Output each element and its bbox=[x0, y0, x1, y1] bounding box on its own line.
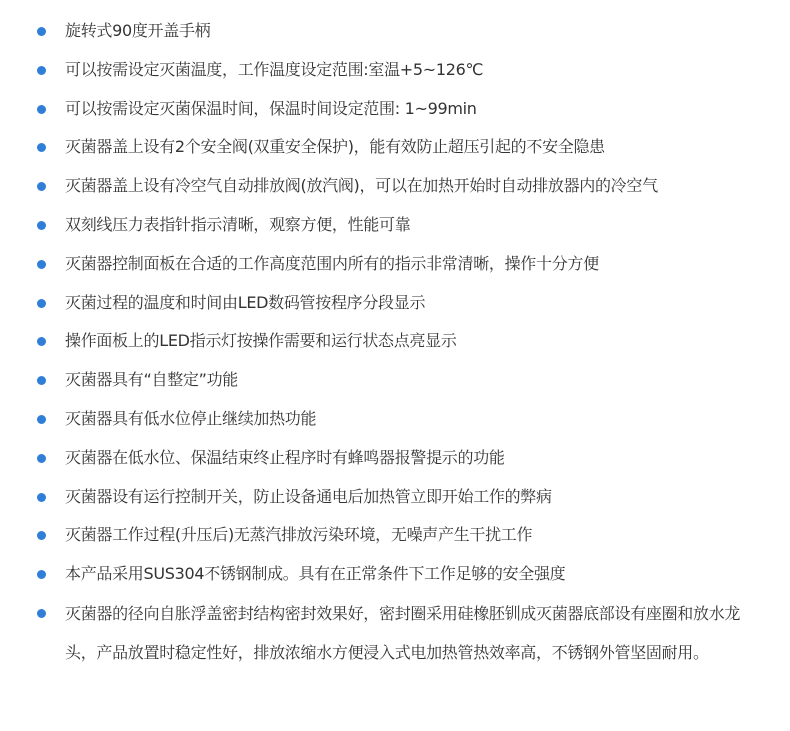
feature-item: 灭菌器具有“自整定”功能 bbox=[0, 361, 790, 400]
bullet-dot-icon bbox=[37, 609, 46, 618]
feature-item: 可以按需设定灭菌温度，工作温度设定范围:室温+5~126℃ bbox=[0, 51, 790, 90]
feature-item: 灭菌器盖上设有冷空气自动排放阀(放汽阀)，可以在加热开始时自动排放器内的冷空气 bbox=[0, 167, 790, 206]
feature-item: 灭菌器具有低水位停止继续加热功能 bbox=[0, 400, 790, 439]
bullet-dot-icon bbox=[37, 221, 46, 230]
bullet-dot-icon bbox=[37, 454, 46, 463]
feature-item: 灭菌器控制面板在合适的工作高度范围内所有的指示非常清晰，操作十分方便 bbox=[0, 245, 790, 284]
feature-item: 本产品采用SUS304不锈钢制成。具有在正常条件下工作足够的安全强度 bbox=[0, 555, 790, 594]
feature-text: 灭菌器的径向自胀浮盖密封结构密封效果好，密封圈采用硅橡胚钏成灭菌器底部设有座圈和… bbox=[65, 594, 760, 672]
feature-text: 灭菌器设有运行控制开关，防止设备通电后加热管立即开始工作的弊病 bbox=[65, 478, 760, 517]
feature-text: 双刻线压力表指针指示清晰，观察方便，性能可靠 bbox=[65, 206, 760, 245]
feature-item: 灭菌器盖上设有2个安全阀(双重安全保护)，能有效防止超压引起的不安全隐患 bbox=[0, 128, 790, 167]
feature-text: 灭菌器控制面板在合适的工作高度范围内所有的指示非常清晰，操作十分方便 bbox=[65, 245, 760, 284]
bullet-dot-icon bbox=[37, 337, 46, 346]
bullet-dot-icon bbox=[37, 105, 46, 114]
feature-text: 可以按需设定灭菌温度，工作温度设定范围:室温+5~126℃ bbox=[65, 51, 760, 90]
bullet-dot-icon bbox=[37, 260, 46, 269]
feature-text: 操作面板上的LED指示灯按操作需要和运行状态点亮显示 bbox=[65, 322, 760, 361]
feature-text: 灭菌器具有低水位停止继续加热功能 bbox=[65, 400, 760, 439]
bullet-dot-icon bbox=[37, 27, 46, 36]
feature-text: 灭菌器具有“自整定”功能 bbox=[65, 361, 760, 400]
feature-item: 灭菌器设有运行控制开关，防止设备通电后加热管立即开始工作的弊病 bbox=[0, 478, 790, 517]
feature-item: 灭菌器工作过程(升压后)无蒸汽排放污染环境，无噪声产生干扰工作 bbox=[0, 516, 790, 555]
feature-item: 灭菌器的径向自胀浮盖密封结构密封效果好，密封圈采用硅橡胚钏成灭菌器底部设有座圈和… bbox=[0, 594, 790, 672]
feature-item: 旋转式90度开盖手柄 bbox=[0, 12, 790, 51]
feature-item: 双刻线压力表指针指示清晰，观察方便，性能可靠 bbox=[0, 206, 790, 245]
feature-item: 可以按需设定灭菌保温时间，保温时间设定范围: 1~99min bbox=[0, 90, 790, 129]
bullet-dot-icon bbox=[37, 493, 46, 502]
bullet-dot-icon bbox=[37, 143, 46, 152]
feature-item: 灭菌器在低水位、保温结束终止程序时有蜂鸣器报警提示的功能 bbox=[0, 439, 790, 478]
feature-text: 灭菌器盖上设有2个安全阀(双重安全保护)，能有效防止超压引起的不安全隐患 bbox=[65, 128, 760, 167]
feature-text: 旋转式90度开盖手柄 bbox=[65, 12, 760, 51]
feature-item: 操作面板上的LED指示灯按操作需要和运行状态点亮显示 bbox=[0, 322, 790, 361]
feature-text: 灭菌器盖上设有冷空气自动排放阀(放汽阀)，可以在加热开始时自动排放器内的冷空气 bbox=[65, 167, 760, 206]
bullet-dot-icon bbox=[37, 570, 46, 579]
feature-item: 灭菌过程的温度和时间由LED数码管按程序分段显示 bbox=[0, 284, 790, 323]
feature-text: 本产品采用SUS304不锈钢制成。具有在正常条件下工作足够的安全强度 bbox=[65, 555, 760, 594]
feature-text: 可以按需设定灭菌保温时间，保温时间设定范围: 1~99min bbox=[65, 90, 760, 129]
bullet-dot-icon bbox=[37, 66, 46, 75]
feature-text: 灭菌器在低水位、保温结束终止程序时有蜂鸣器报警提示的功能 bbox=[65, 439, 760, 478]
feature-list: 旋转式90度开盖手柄 可以按需设定灭菌温度，工作温度设定范围:室温+5~126℃… bbox=[0, 12, 790, 672]
bullet-dot-icon bbox=[37, 182, 46, 191]
bullet-dot-icon bbox=[37, 376, 46, 385]
feature-text: 灭菌器工作过程(升压后)无蒸汽排放污染环境，无噪声产生干扰工作 bbox=[65, 516, 760, 555]
bullet-dot-icon bbox=[37, 531, 46, 540]
bullet-dot-icon bbox=[37, 299, 46, 308]
feature-text: 灭菌过程的温度和时间由LED数码管按程序分段显示 bbox=[65, 284, 760, 323]
bullet-dot-icon bbox=[37, 415, 46, 424]
